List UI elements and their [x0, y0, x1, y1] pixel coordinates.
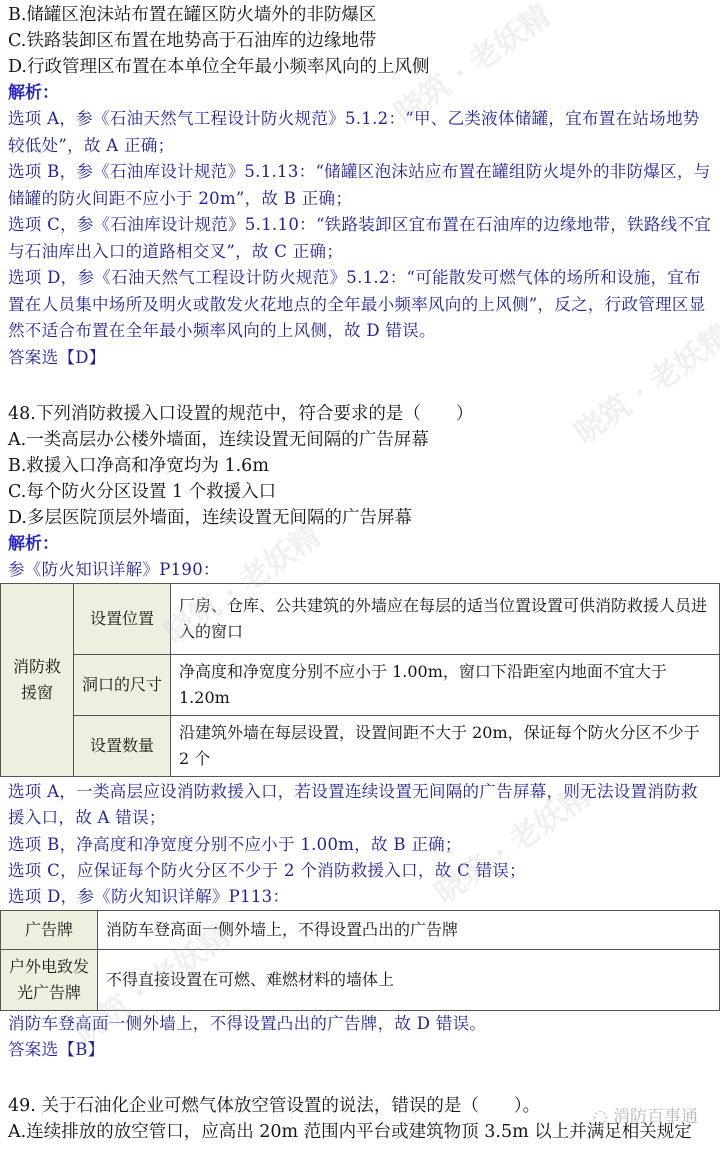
table-row-label: 设置数量 — [74, 715, 171, 776]
option-d: D.行政管理区布置在本单位全年最小频率风向的上风侧 — [8, 54, 712, 80]
q48-option-a: A.一类高层办公楼外墙面，连续设置无间隔的广告屏幕 — [8, 427, 712, 453]
table-row-label: 户外电致发光广告牌 — [1, 949, 98, 1010]
option-b: B.储罐区泡沫站布置在罐区防火墙外的非防爆区 — [8, 2, 712, 28]
option-c: C.铁路装卸区布置在地势高于石油库的边缘地带 — [8, 28, 712, 54]
advertising-table: 广告牌 消防车登高面一侧外墙上，不得设置凸出的广告牌 户外电致发光广告牌 不得直… — [0, 910, 720, 1011]
rescue-window-table: 消防救援窗 设置位置 厂房、仓库、公共建筑的外墙应在每层的适当位置设置可供消防救… — [0, 583, 720, 777]
wechat-icon: ◌ — [593, 1107, 608, 1127]
q48-option-d: D.多层医院顶层外墙面，连续设置无间隔的广告屏幕 — [8, 505, 712, 531]
q48-analysis-a: 选项 A，一类高层应设消防救援入口，若设置连续设置无间隔的广告屏幕，则无法设置消… — [8, 779, 712, 832]
table-row-label: 洞口的尺寸 — [74, 654, 171, 715]
q48-option-c: C.每个防火分区设置 1 个救援入口 — [8, 479, 712, 505]
q48-reference-1: 参《防火知识详解》P190： — [8, 557, 712, 583]
q48-analysis-heading: 解析： — [8, 531, 712, 557]
table-row-label: 设置位置 — [74, 583, 171, 654]
table-row-text: 沿建筑外墙在每层设置，设置间距不大于 20m，保证每个防火分区不少于 2 个 — [171, 715, 720, 776]
q48-option-b: B.救援入口净高和净宽均为 1.6m — [8, 453, 712, 479]
account-name: 消防百事通 — [613, 1107, 698, 1127]
analysis-b: 选项 B，参《石油库设计规范》5.1.13：“储罐区泡沫站应布置在罐组防火堤外的… — [8, 159, 712, 212]
table-row-text: 厂房、仓库、公共建筑的外墙应在每层的适当位置设置可供消防救援人员进入的窗口 — [171, 583, 720, 654]
q48-analysis-c: 选项 C，应保证每个防火分区不少于 2 个消防救援入口，故 C 错误； — [8, 858, 712, 884]
document-page: B.储罐区泡沫站布置在罐区防火墙外的非防爆区 C.铁路装卸区布置在地势高于石油库… — [0, 0, 720, 1145]
question-48: 48.下列消防救援入口设置的规范中，符合要求的是（ ） — [8, 401, 712, 427]
analysis-a: 选项 A，参《石油天然气工程设计防火规范》5.1.2：“甲、乙类液体储罐，宜布置… — [8, 106, 712, 159]
table-row-text: 净高度和净宽度分别不应小于 1.00m，窗口下沿距室内地面不宜大于 1.20m — [171, 654, 720, 715]
table-row-text: 消防车登高面一侧外墙上，不得设置凸出的广告牌 — [98, 910, 720, 949]
q48-conclusion: 消防车登高面一侧外墙上，不得设置凸出的广告牌，故 D 错误。 — [8, 1011, 712, 1037]
q48-analysis-d: 选项 D，参《防火知识详解》P113： — [8, 884, 712, 910]
table-row-label: 广告牌 — [1, 910, 98, 949]
table-row-text: 不得直接设置在可燃、难燃材料的墙体上 — [98, 949, 720, 1010]
table-group-label: 消防救援窗 — [1, 583, 74, 776]
analysis-d: 选项 D，参《石油天然气工程设计防火规范》5.1.2：“可能散发可燃气体的场所和… — [8, 265, 712, 345]
analysis-c: 选项 C，参《石油库设计规范》5.1.10：“铁路装卸区宜布置在石油库的边缘地带… — [8, 212, 712, 265]
analysis-heading: 解析： — [8, 80, 712, 106]
q48-analysis-b: 选项 B，净高度和净宽度分别不应小于 1.00m，故 B 正确； — [8, 832, 712, 858]
account-logo: ◌ 消防百事通 — [593, 1102, 698, 1127]
q48-answer: 答案选【B】 — [8, 1037, 712, 1063]
answer: 答案选【D】 — [8, 345, 712, 371]
